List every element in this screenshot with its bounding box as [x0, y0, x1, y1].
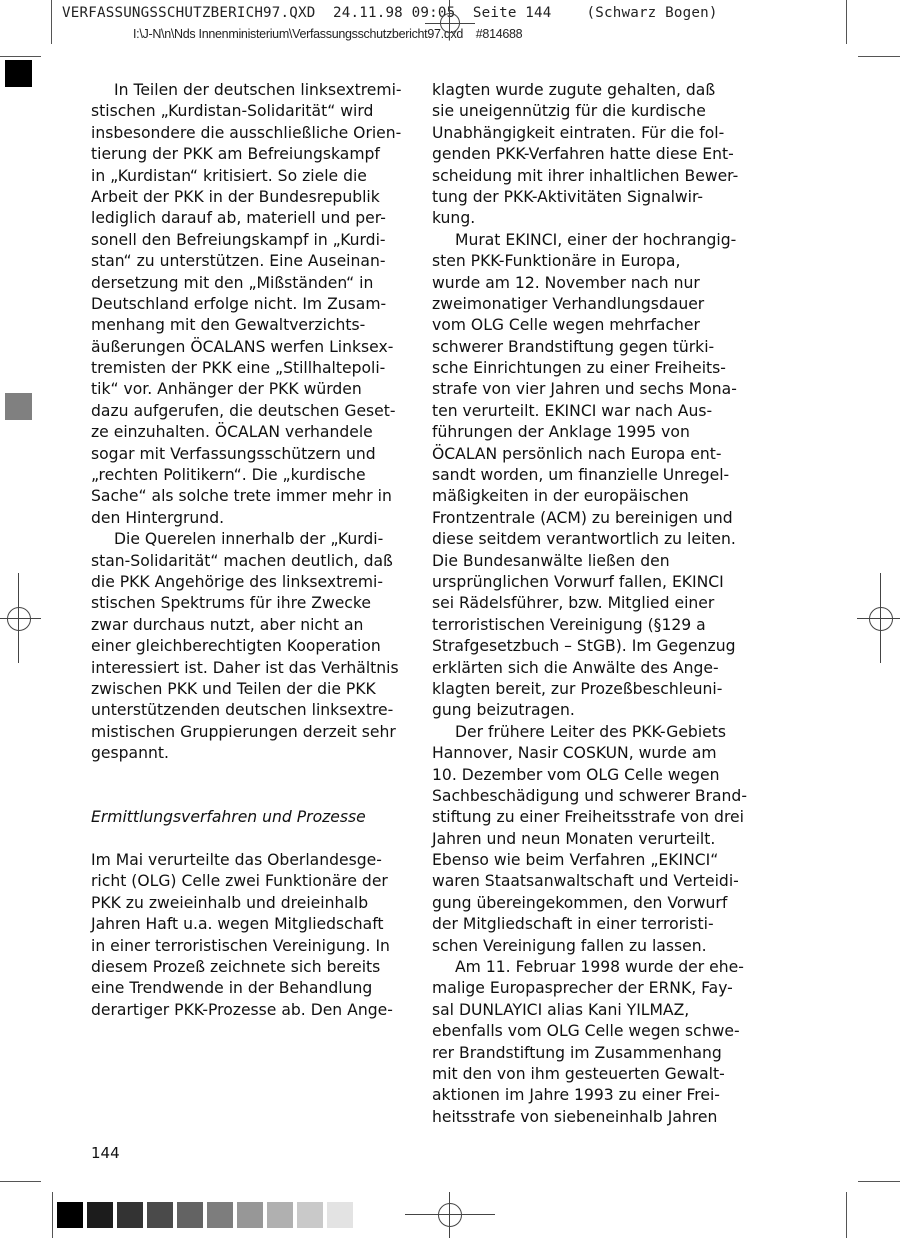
- right-column: klagten wurde zugute gehalten, daß sie u…: [432, 80, 752, 1128]
- paragraph: Am 11. Februar 1998 wurde der ehe- malig…: [432, 957, 752, 1128]
- registration-mark-right-icon: [857, 573, 900, 663]
- black-marker-square: [5, 60, 32, 87]
- grayscale-calibration-strip: [57, 1202, 353, 1228]
- gray-swatch: [117, 1202, 143, 1228]
- paragraph: Der frühere Leiter des PKK-Gebiets Hanno…: [432, 722, 752, 957]
- paragraph: klagten wurde zugute gehalten, daß sie u…: [432, 80, 752, 230]
- paragraph: Die Querelen innerhalb der „Kurdi- stan-…: [91, 529, 411, 764]
- registration-mark-bottom-icon: [405, 1192, 495, 1238]
- registration-mark-left-icon: [0, 573, 42, 663]
- crop-mark-top-right-v: [846, 0, 847, 44]
- paragraph: Im Mai verurteilte das Oberlandesge- ric…: [91, 850, 411, 1021]
- gray-swatch: [57, 1202, 83, 1228]
- crop-mark-bottom-right-h: [858, 1181, 900, 1182]
- gray-swatch: [207, 1202, 233, 1228]
- gray-swatch: [177, 1202, 203, 1228]
- gray-swatch: [87, 1202, 113, 1228]
- section-heading: Ermittlungsverfahren und Prozesse: [91, 807, 411, 828]
- crop-mark-bottom-right-v: [846, 1192, 847, 1238]
- paragraph: In Teilen der deutschen linksextremi- st…: [91, 80, 411, 529]
- crop-mark-bottom-left-h: [0, 1181, 41, 1182]
- gray-swatch: [147, 1202, 173, 1228]
- gray-marker-square: [5, 393, 32, 420]
- crop-mark-top-left-h: [0, 56, 41, 57]
- gray-swatch: [267, 1202, 293, 1228]
- gray-swatch: [237, 1202, 263, 1228]
- left-column: In Teilen der deutschen linksextremi- st…: [91, 80, 411, 1021]
- crop-mark-top-left-v: [51, 0, 52, 44]
- page-number: 144: [91, 1144, 120, 1162]
- paragraph: Murat EKINCI, einer der hochrangig- sten…: [432, 230, 752, 722]
- gray-swatch: [297, 1202, 323, 1228]
- crop-mark-top-right-h: [858, 56, 900, 57]
- slug-line: VERFASSUNGSSCHUTZBERICH97.QXD 24.11.98 0…: [62, 5, 718, 21]
- crop-mark-bottom-left-v: [52, 1192, 53, 1238]
- registration-mark-top-icon: [420, 0, 480, 40]
- gray-swatch: [327, 1202, 353, 1228]
